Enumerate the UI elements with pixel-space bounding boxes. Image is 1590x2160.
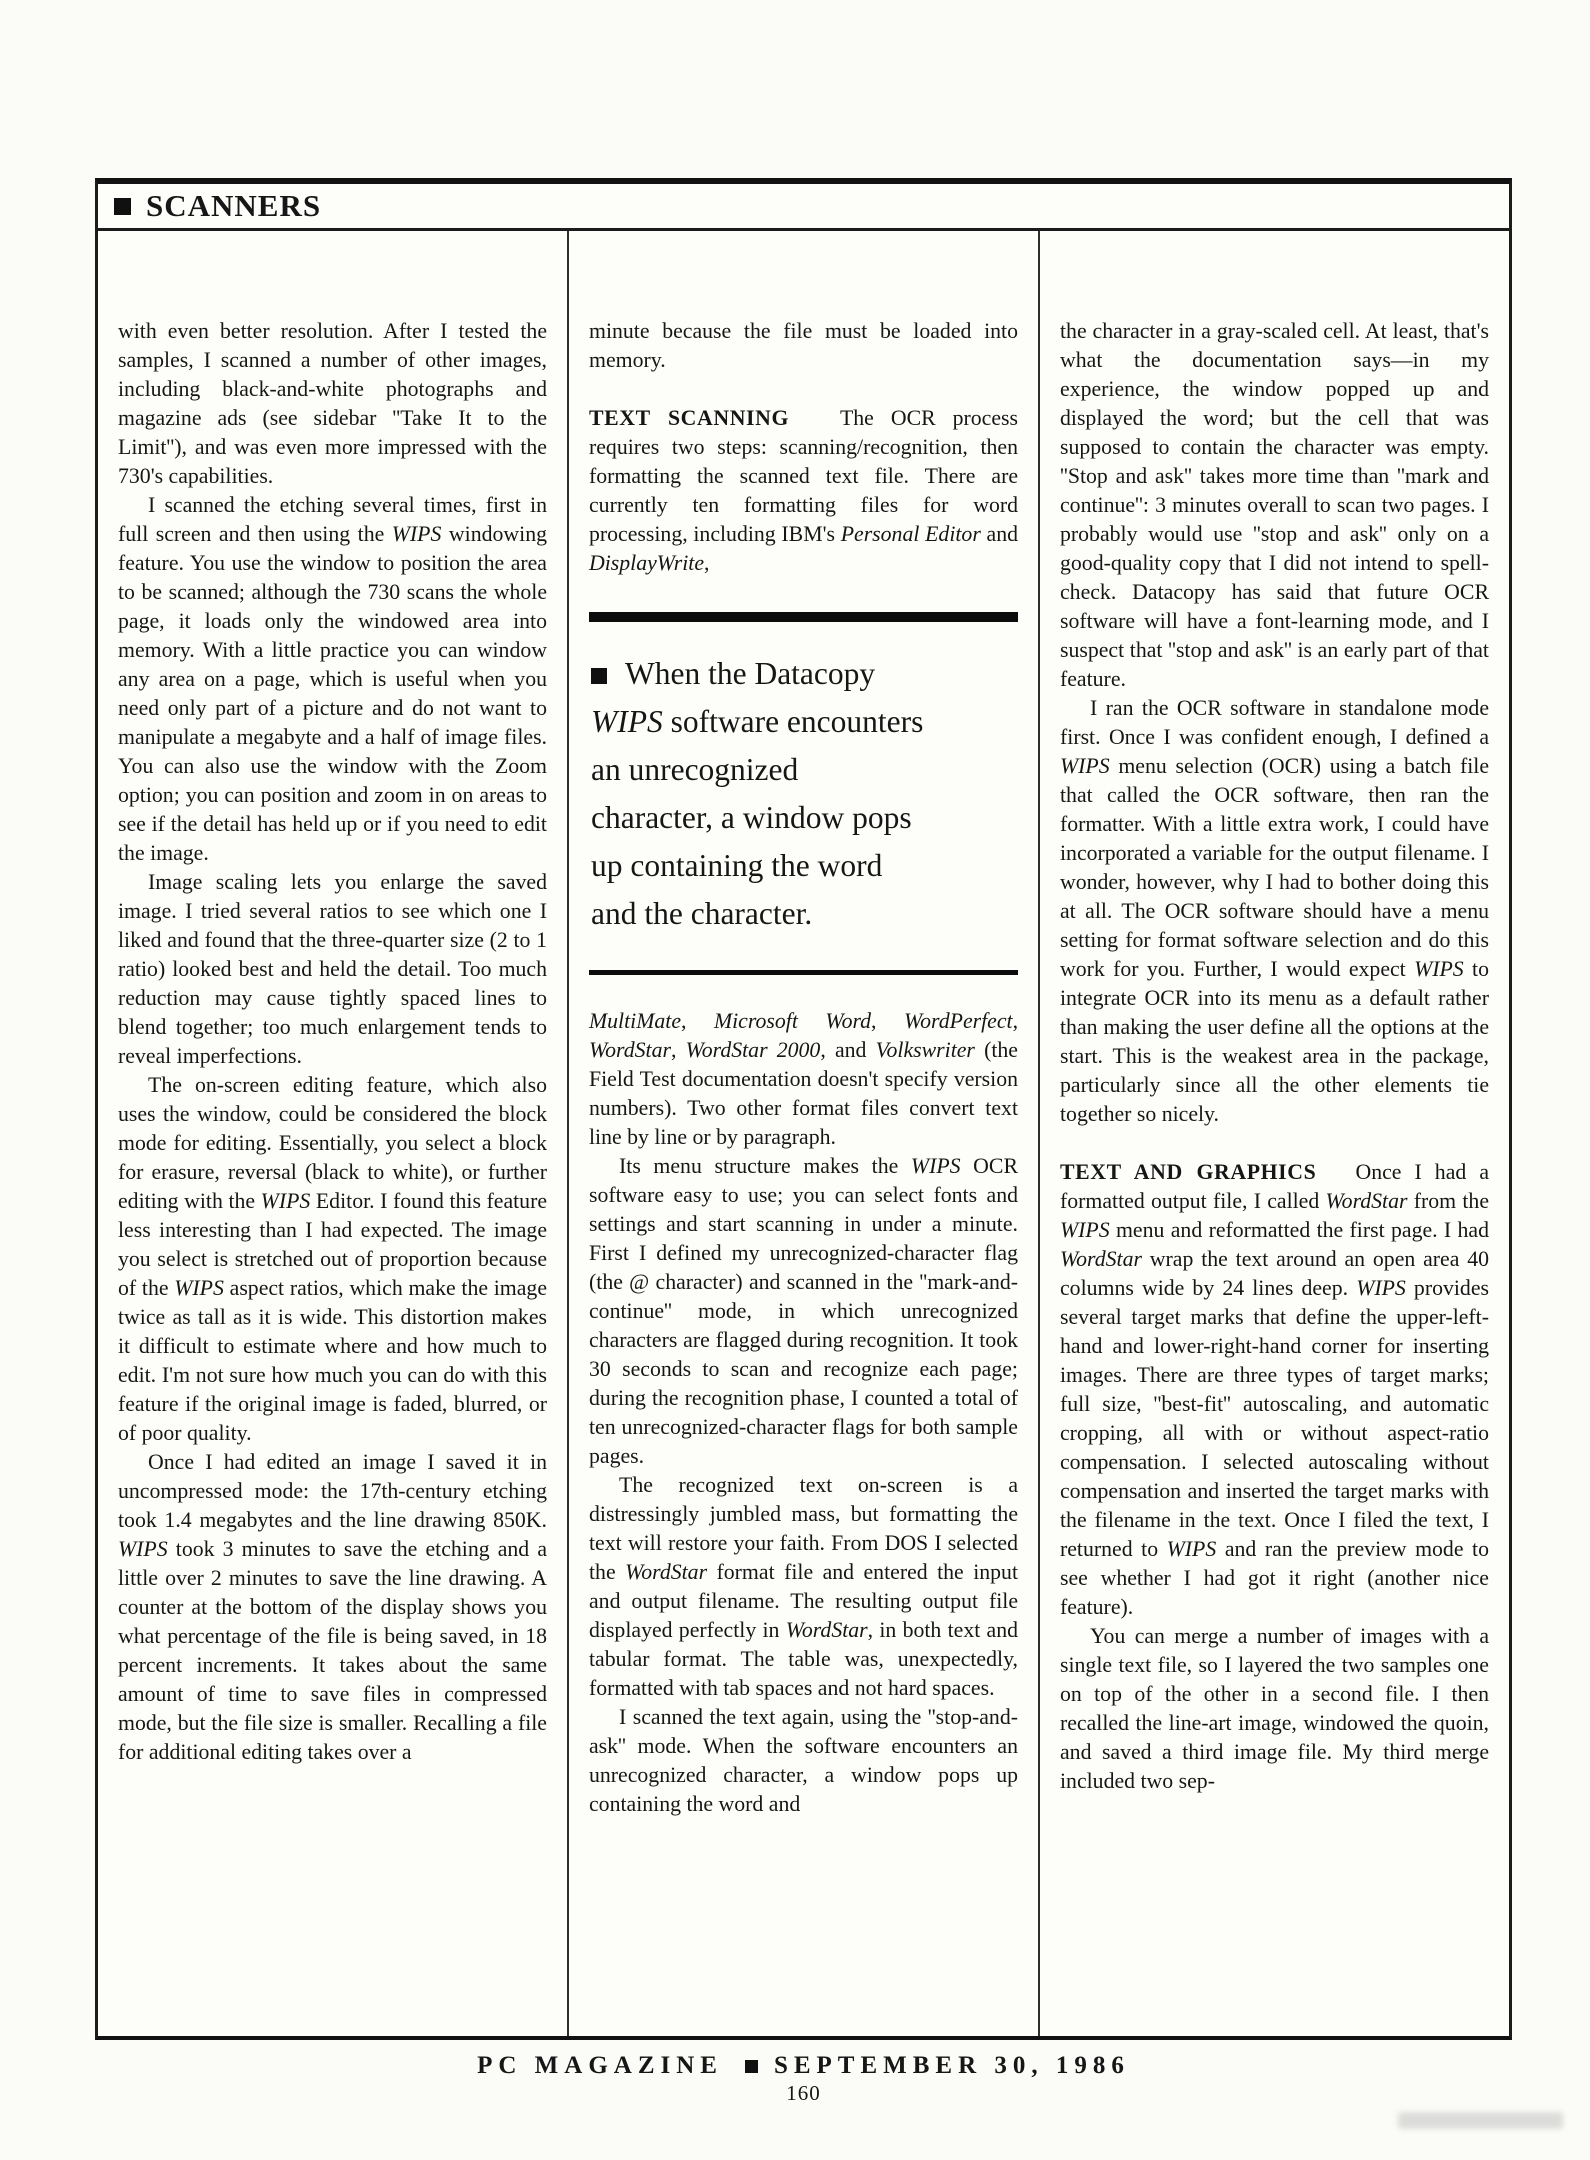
paragraph: You can merge a number of images with a …	[1060, 1622, 1489, 1796]
section-title: SCANNERS	[146, 188, 321, 224]
article-columns: with even better resolution. After I tes…	[98, 231, 1509, 2036]
paragraph: The on-screen editing feature, which als…	[118, 1071, 547, 1448]
magazine-name: PC MAGAZINE	[477, 2052, 723, 2079]
paragraph: I scanned the etching several times, fir…	[118, 491, 547, 868]
column-3: the character in a gray-scaled cell. At …	[1038, 231, 1509, 2036]
footer-bullet-square-icon	[745, 2060, 758, 2073]
paragraph: minute because the file must be loaded i…	[589, 317, 1018, 375]
run-in-heading: TEXT AND GRAPHICS	[1060, 1160, 1316, 1184]
footer-line: PC MAGAZINESEPTEMBER 30, 1986	[95, 2052, 1512, 2080]
article-frame: SCANNERS with even better resolution. Af…	[95, 178, 1512, 2040]
paragraph: Its menu structure makes the WIPS OCR so…	[589, 1152, 1018, 1471]
paragraph-with-run-in-heading: TEXT SCANNING The OCR process requires t…	[589, 404, 1018, 578]
paragraph: I ran the OCR software in standalone mod…	[1060, 694, 1489, 1129]
column-1: with even better resolution. After I tes…	[98, 231, 567, 2036]
paragraph: the character in a gray-scaled cell. At …	[1060, 317, 1489, 694]
column-2: minute because the file must be loaded i…	[567, 231, 1038, 2036]
paragraph: Once I had edited an image I saved it in…	[118, 1448, 547, 1767]
paragraph: with even better resolution. After I tes…	[118, 317, 547, 491]
pull-quote: When the DatacopyWIPS software encounter…	[589, 612, 1018, 975]
section-header: SCANNERS	[98, 184, 1509, 231]
paragraph-with-run-in-heading: TEXT AND GRAPHICS Once I had a formatted…	[1060, 1158, 1489, 1622]
run-in-heading: TEXT SCANNING	[589, 406, 789, 430]
page-footer: PC MAGAZINESEPTEMBER 30, 1986 160	[95, 2052, 1512, 2106]
paragraph: MultiMate, Microsoft Word, WordPerfect, …	[589, 1007, 1018, 1152]
paragraph: Image scaling lets you enlarge the saved…	[118, 868, 547, 1071]
pull-quote-bullet-square-icon	[591, 668, 607, 684]
page-number: 160	[95, 2081, 1512, 2106]
watermark-smudge	[1398, 2112, 1563, 2129]
paragraph: I scanned the text again, using the ''st…	[589, 1703, 1018, 1819]
issue-date: SEPTEMBER 30, 1986	[774, 2052, 1130, 2079]
paragraph: The recognized text on-screen is a distr…	[589, 1471, 1018, 1703]
bullet-square-icon	[114, 198, 131, 215]
